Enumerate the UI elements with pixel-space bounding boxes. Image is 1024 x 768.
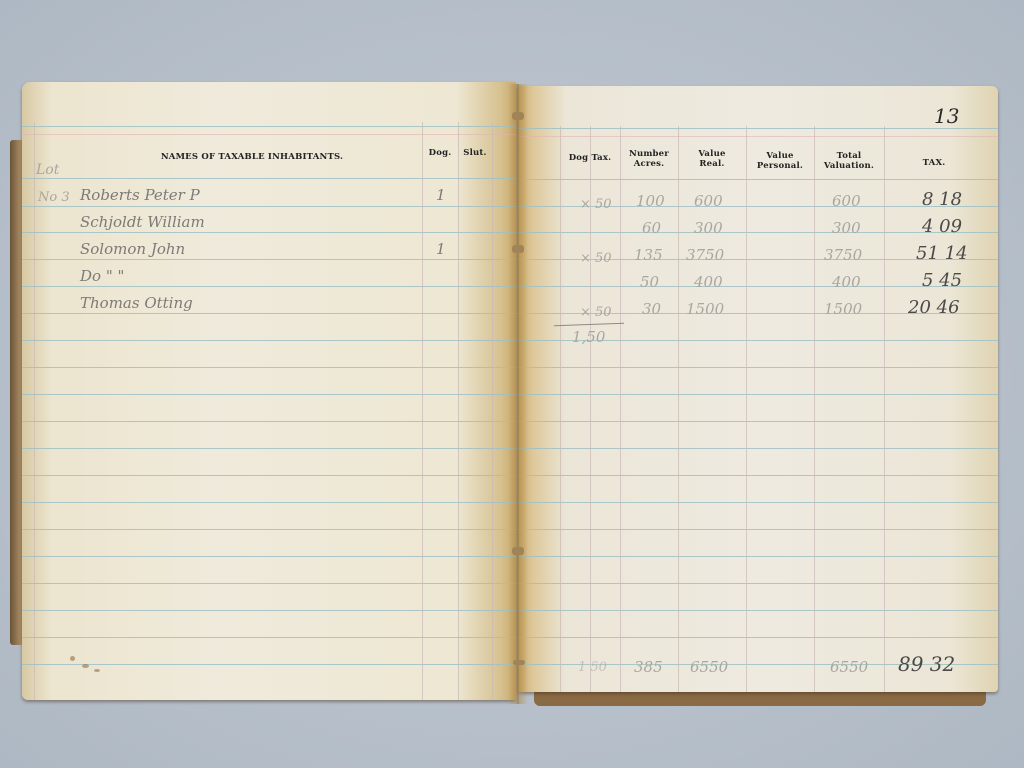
cell-total: 300 xyxy=(832,219,861,237)
total-dog-tax: 1 50 xyxy=(578,660,607,675)
entry-prefix: No 3 xyxy=(38,190,70,205)
entry-name: Solomon John xyxy=(80,240,185,258)
header-dog-tax: Dog Tax. xyxy=(560,153,620,163)
right-page: 13 Dog Tax. Number Acres. Value Real. Va… xyxy=(518,86,998,692)
header-acres-1: Number xyxy=(620,149,678,159)
cell-value-real: 400 xyxy=(694,273,723,291)
margin-note: Lot xyxy=(36,162,59,178)
cell-tax: 20 46 xyxy=(908,297,960,318)
cell-total: 600 xyxy=(832,192,861,210)
cell-value-real: 3750 xyxy=(686,246,724,264)
header-value-real-1: Value xyxy=(678,149,746,159)
entry-name: Thomas Otting xyxy=(80,294,193,312)
header-dog: Dog. xyxy=(422,148,458,158)
header-tax: TAX. xyxy=(884,158,984,168)
total-valuation: 6550 xyxy=(830,658,868,676)
header-total-valuation-2: Valuation. xyxy=(814,161,884,171)
dog-tax-subtotal: 1,50 xyxy=(572,328,605,346)
total-acres: 385 xyxy=(634,658,663,676)
cell-tax: 4 09 xyxy=(922,216,962,237)
header-slut: Slut. xyxy=(458,148,492,158)
header-value-real-2: Real. xyxy=(678,159,746,169)
cell-dog-tax: × 50 xyxy=(580,251,612,266)
cell-value-real: 300 xyxy=(694,219,723,237)
entry-name: Do " " xyxy=(80,267,124,285)
page-number: 13 xyxy=(934,104,959,128)
entry-name: Schjoldt William xyxy=(80,213,205,231)
header-total-valuation-1: Total xyxy=(814,151,884,161)
cell-tax: 51 14 xyxy=(916,243,968,264)
cell-total: 3750 xyxy=(824,246,862,264)
header-names: NAMES OF TAXABLE INHABITANTS. xyxy=(142,152,362,162)
book-spine xyxy=(508,84,528,704)
cell-acres: 60 xyxy=(642,219,661,237)
cell-acres: 135 xyxy=(634,246,663,264)
cell-tax: 5 45 xyxy=(922,270,962,291)
binding-stitch xyxy=(513,660,525,665)
cell-acres: 100 xyxy=(636,192,665,210)
cell-dog-tax: × 50 xyxy=(580,305,612,320)
cell-acres: 30 xyxy=(642,300,661,318)
cell-total: 1500 xyxy=(824,300,862,318)
cell-value-real: 600 xyxy=(694,192,723,210)
header-acres-2: Acres. xyxy=(620,159,678,169)
total-value-real: 6550 xyxy=(690,658,728,676)
cell-tax: 8 18 xyxy=(922,189,962,210)
cell-acres: 50 xyxy=(640,273,659,291)
cell-dog-tax: × 50 xyxy=(580,197,612,212)
entry-dog: 1 xyxy=(436,240,446,258)
subtotal-line xyxy=(554,323,624,326)
entry-dog: 1 xyxy=(436,186,446,204)
cell-total: 400 xyxy=(832,273,861,291)
total-tax: 89 32 xyxy=(898,652,955,676)
cell-value-real: 1500 xyxy=(686,300,724,318)
entry-name: Roberts Peter P xyxy=(80,186,200,204)
ledger-book: NAMES OF TAXABLE INHABITANTS. Dog. Slut.… xyxy=(0,0,1024,768)
header-value-personal-2: Personal. xyxy=(746,161,814,171)
binding-stitch xyxy=(512,245,524,253)
left-page: NAMES OF TAXABLE INHABITANTS. Dog. Slut.… xyxy=(22,82,516,700)
binding-stitch xyxy=(512,112,524,120)
binding-stitch xyxy=(512,547,524,555)
header-value-personal-1: Value xyxy=(746,151,814,161)
